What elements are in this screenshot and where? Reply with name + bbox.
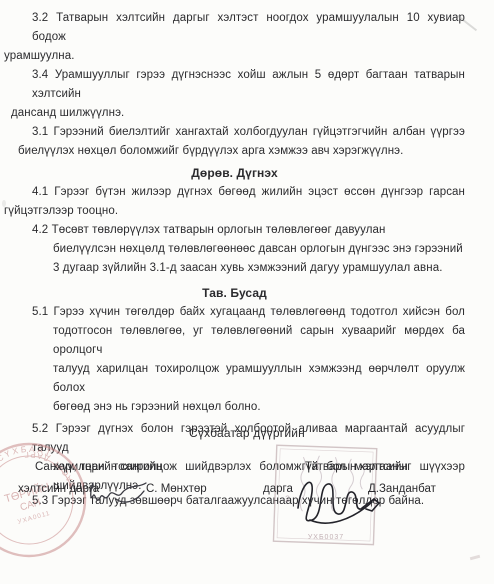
paragraph-3-1-line-1: 3.1 Гэрээний биелэлтийг хангахтай холбог… <box>4 123 465 142</box>
left-signer-org-line1: Санхүү, төрийн сангийн <box>35 461 162 473</box>
paragraph-5-1-line-4: бөгөөд энэ нь гэрээний нөхцөл болно. <box>4 398 465 417</box>
paragraph-3-4-line-2: дансанд шилжүүлнэ. <box>4 104 465 123</box>
paragraph-3-1-line-2: биелүүлэх нөхцөл боломжийг бүрдүүлэх арг… <box>4 142 465 161</box>
paragraph-4-2-line-3: 3 дугаар зүйлийн 3.1-д заасан хувь хэмжэ… <box>4 259 465 278</box>
scanned-contract-page: 3.2 Татварын хэлтсийн даргыг хэлтэст ноо… <box>0 0 494 584</box>
paragraph-4-1-line-2: гүйцэтгэлээр тооцно. <box>4 202 465 221</box>
paragraph-4-2-line-1: 4.2 Төсөвт төвлөрүүлэх татварын орлогын … <box>4 221 465 240</box>
right-signer-name: Д.Занданбат <box>368 483 436 495</box>
section-heading-five: Тав. Бусад <box>4 284 465 303</box>
stamp-serial-code: УХБ0037 <box>308 534 344 541</box>
right-signer-org-line1: Татварын хэлтсийн <box>305 461 408 473</box>
stamp-serial-code: УХА0011 <box>17 510 51 526</box>
section-heading-four: Дөрөв. Дүгнэх <box>4 164 465 183</box>
paragraph-5-1-line-1: 5.1 Гэрээ хүчин төгөлдөр байх хугацаанд … <box>4 303 465 322</box>
district-title: Сүхбаатар дүүргийн <box>0 426 494 440</box>
paragraph-5-1-line-3: талууд харилцан тохиролцож урамшууллын х… <box>4 360 465 398</box>
paragraph-3-4-line-1: 3.4 Урамшууллыг гэрээ дүгнэснээс хойш аж… <box>4 66 465 104</box>
paragraph-4-1-line-1: 4.1 Гэрээг бүтэн жилээр дүгнэх бөгөөд жи… <box>4 183 465 202</box>
left-signer-org-line2: хэлтсийн дарга <box>18 483 99 495</box>
paragraph-4-2-line-2: биелүүлсэн нөхцөлд төлөвлөгөөнөөс давсан… <box>4 240 465 259</box>
left-signer-name: С. Мөнхтөр <box>146 483 207 495</box>
paragraph-3-2-line-2: урамшуулна. <box>4 47 465 66</box>
paragraph-5-1-line-2: тодотгосон төлөвлөгөө, уг төлөвлөгөөний … <box>4 322 465 360</box>
paragraph-3-2-line-1: 3.2 Татварын хэлтсийн даргыг хэлтэст ноо… <box>4 9 465 47</box>
right-signer-org-line2: дарга <box>263 483 293 495</box>
scan-artifact <box>470 555 480 560</box>
